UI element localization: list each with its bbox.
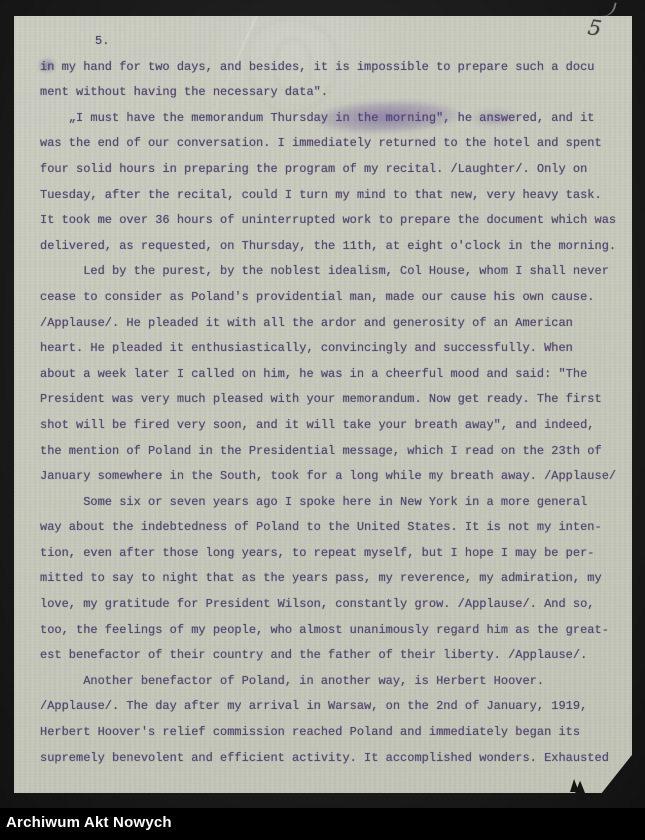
document-line: Another benefactor of Poland, in another… (40, 669, 616, 695)
document-line: Tuesday, after the recital, could I turn… (40, 183, 616, 209)
document-line: It took me over 36 hours of uninterrupte… (40, 208, 616, 234)
document-line: in my hand for two days, and besides, it… (40, 55, 616, 81)
document-line: delivered, as requested, on Thursday, th… (40, 234, 616, 260)
document-page: 5. in my hand for two days, and besides,… (14, 16, 632, 793)
document-line: cease to consider as Poland's providenti… (40, 285, 616, 311)
document-line: supremely benevolent and efficient activ… (40, 746, 616, 772)
document-line: est benefactor of their country and the … (40, 643, 616, 669)
archive-watermark-label: Archiwum Akt Nowych (6, 814, 172, 831)
document-line: Herbert Hoover's relief commission reach… (40, 720, 616, 746)
document-line: way about the indebtedness of Poland to … (40, 515, 616, 541)
document-line: /Applause/. He pleaded it with all the a… (40, 311, 616, 337)
document-line: ment without having the necessary data". (40, 80, 616, 106)
document-line: January somewhere in the South, took for… (40, 464, 616, 490)
document-line: heart. He pleaded it enthusiastically, c… (40, 336, 616, 362)
document-line: President was very much pleased with you… (40, 387, 616, 413)
document-line: tion, even after those long years, to re… (40, 541, 616, 567)
ink-smudge (38, 58, 56, 73)
document-line: Some six or seven years ago I spoke here… (40, 490, 616, 516)
document-line: the mention of Poland in the Presidentia… (40, 439, 616, 465)
ink-smudge (469, 109, 521, 127)
document-line: love, my gratitude for President Wilson,… (40, 592, 616, 618)
document-line: about a week later I called on him, he w… (40, 362, 616, 388)
page-number: 5. (95, 29, 616, 55)
document-line: /Applause/. The day after my arrival in … (40, 694, 616, 720)
archive-watermark-bar: Archiwum Akt Nowych (0, 808, 645, 840)
typewritten-lines: in my hand for two days, and besides, it… (40, 55, 616, 772)
document-line: four solid hours in preparing the progra… (40, 157, 616, 183)
document-line: too, the feelings of my people, who almo… (40, 618, 616, 644)
document-line: shot will be fired very soon, and it wil… (40, 413, 616, 439)
document-line: Led by the purest, by the noblest ideali… (40, 259, 616, 285)
ink-smudge (313, 98, 460, 135)
document-line: mitted to say to night that as the years… (40, 566, 616, 592)
document-line: was the end of our conversation. I immed… (40, 131, 616, 157)
